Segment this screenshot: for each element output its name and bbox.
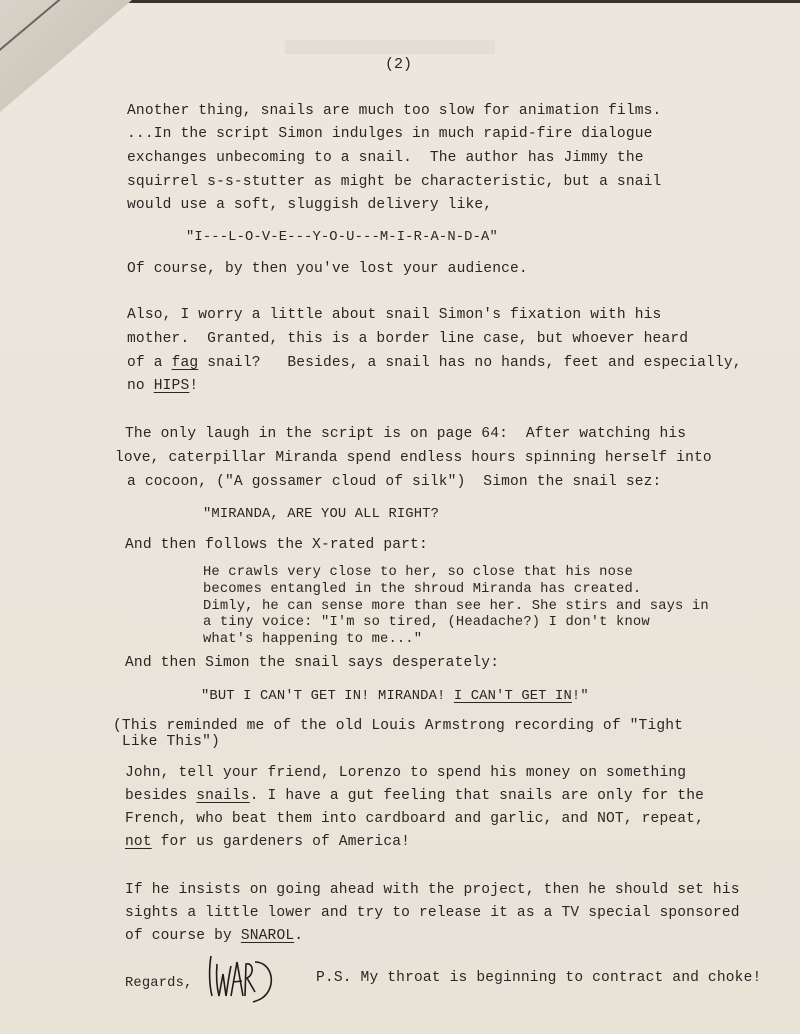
text-line: no HIPS! [127,378,198,394]
script-excerpt-line: a tiny voice: "I'm so tired, (Headache?)… [203,615,650,630]
quoted-dialogue: "MIRANDA, ARE YOU ALL RIGHT? [203,507,439,522]
underlined-word: snails [196,788,249,804]
quoted-dialogue: "I---L-O-V-E---Y-O-U---M-I-R-A-N-D-A" [186,230,498,245]
text-segment: . I have a gut feeling that snails are o… [250,788,704,804]
bleed-through-letterhead [285,40,495,54]
text-segment: snail? Besides, a snail has no hands, fe… [198,355,741,371]
text-line: mother. Granted, this is a border line c… [127,331,688,347]
text-segment: ! [189,378,198,394]
text-line: squirrel s-s-stutter as might be charact… [127,174,661,190]
text-line: of course by SNAROL. [125,928,303,944]
quoted-dialogue: "BUT I CAN'T GET IN! MIRANDA! I CAN'T GE… [201,689,589,704]
underlined-phrase: I CAN'T GET IN [454,689,572,704]
text-line: ...In the script Simon indulges in much … [127,126,653,142]
folded-corner [0,0,132,112]
underlined-word: not [125,834,152,850]
text-line: a cocoon, ("A gossamer cloud of silk") S… [127,474,661,490]
script-excerpt-line: He crawls very close to her, so close th… [203,565,633,580]
text-line: French, who beat them into cardboard and… [125,811,704,827]
text-line: (This reminded me of the old Louis Armst… [113,718,683,734]
text-segment: of course by [125,928,241,944]
text-line: would use a soft, sluggish delivery like… [127,197,492,213]
text-segment: besides [125,788,196,804]
text-line: The only laugh in the script is on page … [125,426,686,442]
text-line: not for us gardeners of America! [125,834,410,850]
underlined-word: HIPS [154,378,190,394]
text-segment: . [294,928,303,944]
closing: Regards, [125,976,192,991]
text-segment: of a [127,355,172,371]
script-excerpt-line: what's happening to me..." [203,632,422,647]
handwritten-signature [205,948,277,1004]
text-line: sights a little lower and try to release… [125,905,740,921]
text-segment: for us gardeners of America! [152,834,410,850]
text-line: besides snails. I have a gut feeling tha… [125,788,704,804]
script-excerpt-line: becomes entangled in the shroud Miranda … [203,582,641,597]
text-line: If he insists on going ahead with the pr… [125,882,740,898]
underlined-word: fag [172,355,199,371]
text-segment: "BUT I CAN'T GET IN! MIRANDA! [201,689,454,704]
text-line: Also, I worry a little about snail Simon… [127,307,661,323]
text-segment: no [127,378,154,394]
letter-page: (2) Another thing, snails are much too s… [0,0,800,1034]
postscript: P.S. My throat is beginning to contract … [316,970,761,986]
text-line: Like This") [113,734,220,750]
text-line: Another thing, snails are much too slow … [127,103,661,119]
script-excerpt-line: Dimly, he can sense more than see her. S… [203,599,709,614]
text-line: And then Simon the snail says desperatel… [125,655,499,671]
text-line: of a fag snail? Besides, a snail has no … [127,355,742,371]
text-line: love, caterpillar Miranda spend endless … [115,450,712,466]
text-segment: !" [572,689,589,704]
page-number: (2) [385,56,412,73]
text-line: John, tell your friend, Lorenzo to spend… [125,765,686,781]
text-line: exchanges unbecoming to a snail. The aut… [127,150,644,166]
text-line: Of course, by then you've lost your audi… [127,261,528,277]
text-line: And then follows the X-rated part: [125,537,428,553]
underlined-word: SNAROL [241,928,294,944]
